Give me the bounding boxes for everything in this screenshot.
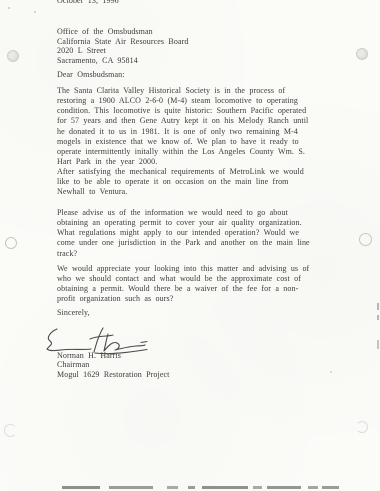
letter-date: October 13, 1996 xyxy=(57,0,119,6)
scan-speck xyxy=(34,11,36,13)
paragraph-restoration: The Santa Clarita Valley Historical Soci… xyxy=(57,86,308,167)
scan-edge-artifact xyxy=(377,315,379,320)
cutoff-text-artifact xyxy=(62,486,339,489)
paragraph-metrolink: After satisfying the mechanical requirem… xyxy=(57,167,304,197)
recipient-address-block: Office of the Omsbudsman California Stat… xyxy=(57,27,188,65)
scan-speck xyxy=(330,371,332,373)
hole-punch-mark xyxy=(359,233,372,246)
scan-speck xyxy=(8,7,10,9)
closing-sincerely: Sincerely, xyxy=(57,308,90,318)
paragraph-permit-questions: Please advise us of the information we w… xyxy=(57,208,310,259)
hole-punch-mark xyxy=(356,48,368,60)
salutation: Dear Omsbudsman: xyxy=(57,70,125,80)
signer-block: Norman H. Harris Chairman Mogul 1629 Res… xyxy=(57,351,169,379)
hole-punch-mark xyxy=(7,50,19,62)
scanned-letter-page: October 13, 1996 Office of the Omsbudsma… xyxy=(0,0,380,491)
paragraph-request: We would appreciate your looking into th… xyxy=(57,264,309,305)
hole-punch-mark xyxy=(5,237,17,249)
scan-edge-artifact xyxy=(377,303,379,310)
hole-punch-mark xyxy=(356,421,368,433)
hole-punch-mark xyxy=(4,424,17,437)
scan-edge-artifact xyxy=(377,340,379,349)
